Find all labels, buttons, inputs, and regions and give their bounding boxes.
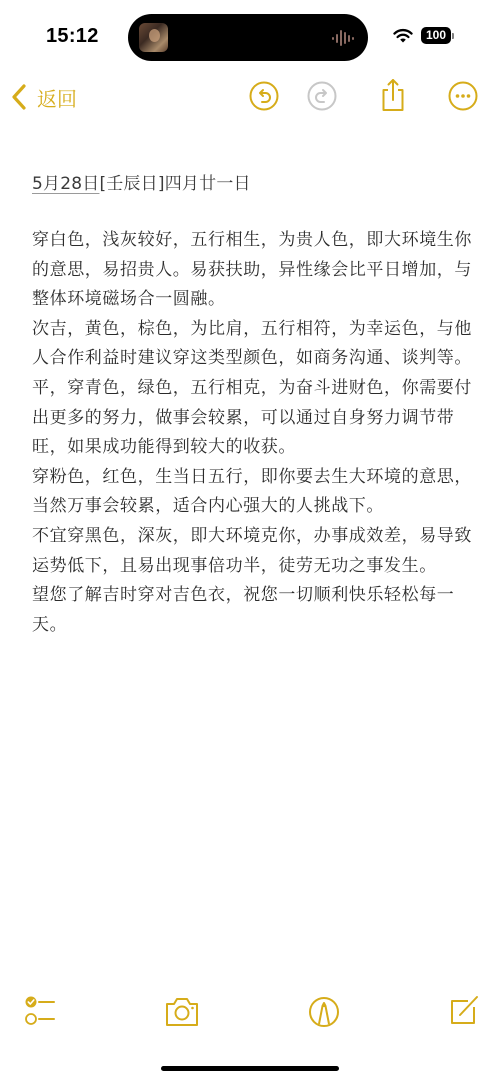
note-editor[interactable]: 5月28日[壬辰日]四月廿一日 穿白色，浅灰较好，五行相生，为贵人色，即大环境生… bbox=[32, 170, 472, 640]
more-icon[interactable] bbox=[447, 80, 479, 112]
note-paragraph: 穿粉色，红色，生当日五行，即你要去生大环境的意思，当然万事会较累，适合内心强大的… bbox=[32, 463, 472, 522]
nav-bar: 返回 bbox=[0, 75, 500, 120]
redo-icon[interactable] bbox=[306, 80, 338, 112]
markup-pen-icon[interactable] bbox=[306, 993, 342, 1029]
home-indicator[interactable] bbox=[161, 1066, 339, 1071]
undo-icon[interactable] bbox=[248, 80, 280, 112]
checklist-icon[interactable] bbox=[22, 993, 58, 1029]
back-button[interactable]: 返回 bbox=[10, 81, 77, 113]
note-paragraph: 次吉，黄色，棕色，为比肩，五行相符，为幸运色，与他人合作利益时建议穿这类型颜色，… bbox=[32, 315, 472, 374]
camera-icon[interactable] bbox=[164, 993, 200, 1029]
bottom-toolbar bbox=[0, 993, 500, 1033]
note-body: 穿白色，浅灰较好，五行相生，为贵人色，即大环境生你的意思，易招贵人。易获扶助，异… bbox=[32, 226, 472, 640]
notes-screen: 15:12 100 返回 bbox=[0, 0, 500, 1071]
note-paragraph: 望您了解吉时穿对吉色衣，祝您一切顺利快乐轻松每一天。 bbox=[32, 581, 472, 640]
note-date-line: 5月28日[壬辰日]四月廿一日 bbox=[32, 170, 472, 198]
back-label: 返回 bbox=[37, 83, 77, 112]
date-link[interactable]: 5月28日 bbox=[32, 174, 99, 194]
chevron-left-icon bbox=[10, 83, 28, 111]
status-time: 15:12 bbox=[46, 25, 99, 48]
note-paragraph: 不宜穿黑色，深灰，即大环境克你，办事成效差，易导致运势低下，且易出现事倍功半，徒… bbox=[32, 522, 472, 581]
album-art-icon bbox=[139, 23, 168, 52]
dynamic-island[interactable] bbox=[128, 14, 368, 61]
note-paragraph: 平，穿青色，绿色，五行相克，为奋斗进财色，你需要付出更多的努力，做事会较累，可以… bbox=[32, 374, 472, 463]
lunar-date: [壬辰日]四月廿一日 bbox=[99, 174, 250, 194]
status-bar: 15:12 100 bbox=[0, 0, 500, 70]
audio-waveform-icon bbox=[332, 30, 354, 46]
compose-icon[interactable] bbox=[446, 993, 482, 1029]
battery-indicator: 100 bbox=[421, 27, 451, 44]
battery-tip bbox=[452, 33, 454, 39]
note-paragraph: 穿白色，浅灰较好，五行相生，为贵人色，即大环境生你的意思，易招贵人。易获扶助，异… bbox=[32, 226, 472, 315]
share-icon[interactable] bbox=[377, 77, 409, 113]
wifi-icon bbox=[393, 27, 413, 43]
